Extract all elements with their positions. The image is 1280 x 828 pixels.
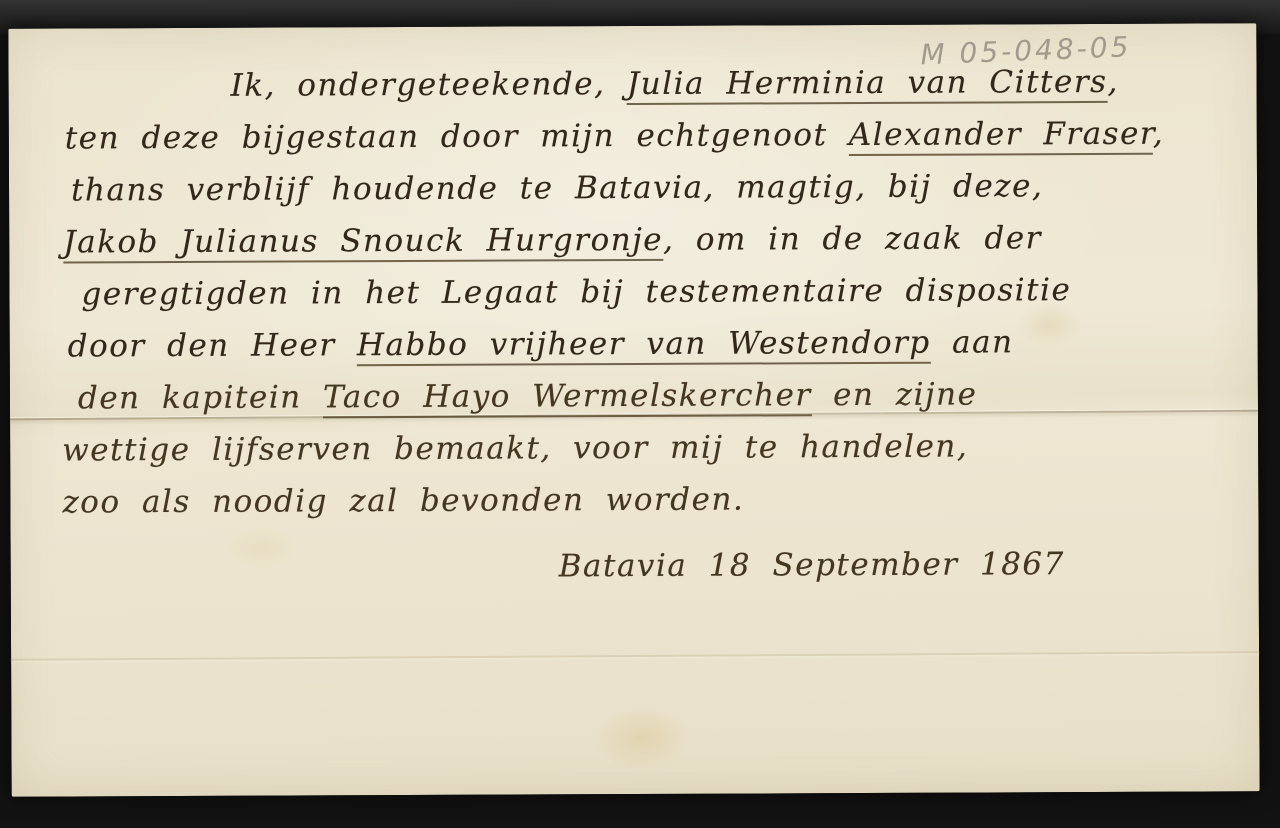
handwritten-text: , [1153,116,1165,152]
handwritten-line: ten deze bijgestaan door mijn echtgenoot… [65,115,1257,172]
underlined-name: Alexander Fraser [849,116,1153,156]
handwritten-line: den kapitein Taco Hayo Wermelskercher en… [78,375,1258,432]
handwritten-line: wettige lijfserven bemaakt, voor mij te … [62,427,1258,484]
handwritten-line: Jakob Julianus Snouck Hurgronje, om in d… [63,219,1257,276]
handwritten-text: en zijne [812,377,978,414]
handwritten-line: door den Heer Habbo vrijheer van Westend… [68,323,1258,380]
paper-fold-line [11,651,1259,661]
handwritten-text: aan [931,324,1014,360]
handwritten-text: den kapitein [78,379,323,416]
document-paper: M 05-048-05 Ik, ondergeteekende, Julia H… [8,23,1259,796]
handwritten-text: ten deze bijgestaan door mijn echtgenoot [65,117,849,156]
handwritten-text: Batavia 18 September 1867 [559,546,1065,584]
handwritten-text: door den Heer [68,327,357,364]
handwritten-text: Ik, ondergeteekende, [231,66,627,104]
handwritten-text: geregtigden in het Legaat bij testementa… [81,272,1071,312]
handwritten-line: Batavia 18 September 1867 [559,545,1259,600]
handwritten-text: , om in de zaak der [663,220,1042,258]
handwritten-line: thans verblijf houdende te Batavia, magt… [71,167,1257,224]
handwritten-text: thans verblijf houdende te Batavia, magt… [71,168,1043,208]
handwritten-line: zoo als noodig zal bevonden worden. [62,479,1258,536]
underlined-name: Jakob Julianus Snouck Hurgronje [63,222,663,264]
document-lines: Ik, ondergeteekende, Julia Herminia van … [9,63,1259,602]
scan-backdrop: M 05-048-05 Ik, ondergeteekende, Julia H… [0,0,1280,828]
underlined-name: Julia Herminia van Citters [627,64,1108,105]
handwritten-text: , [1107,64,1119,100]
handwritten-text: wettige lijfserven bemaakt, voor mij te … [62,429,968,469]
handwritten-line: geregtigden in het Legaat bij testementa… [81,271,1257,328]
underlined-name: Habbo vrijheer van Westendorp [357,325,931,367]
handwritten-line: Ik, ondergeteekende, Julia Herminia van … [231,63,1257,119]
handwritten-text: zoo als noodig zal bevonden worden. [62,482,744,521]
underlined-name: Taco Hayo Wermelskercher [323,377,812,418]
